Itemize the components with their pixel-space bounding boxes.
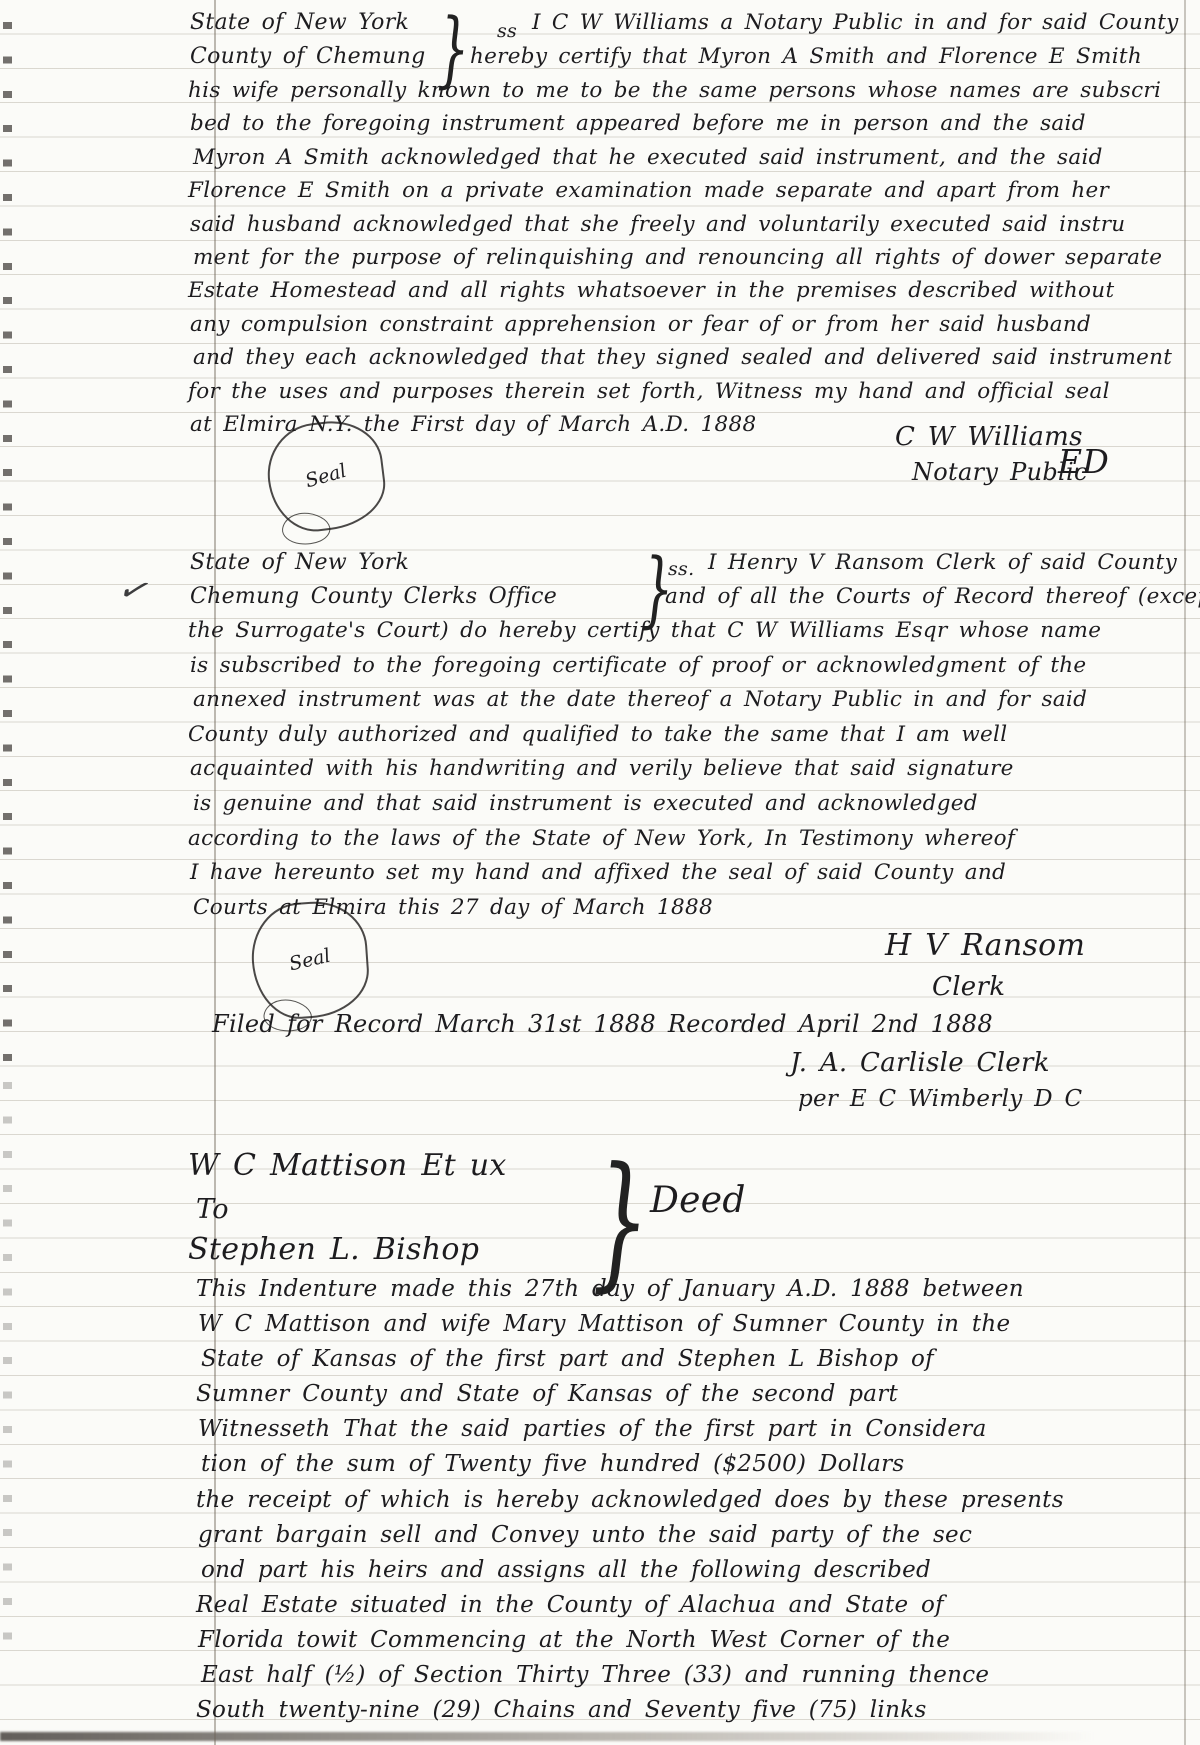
handwritten-line: ond part his heirs and assigns all the f… (201, 1557, 1064, 1592)
handwritten-line: East half (½) of Section Thirty Three (3… (201, 1662, 1064, 1697)
deed-grantee: Stephen L. Bishop (188, 1232, 479, 1267)
handwritten-line: South twenty-nine (29) Chains and Sevent… (196, 1697, 1064, 1732)
handwritten-line: County duly authorized and qualified to … (188, 722, 1101, 757)
handwritten-line: I have hereunto set my hand and affixed … (190, 860, 1101, 895)
clerk-signature: H V Ransom (885, 928, 1085, 963)
handwritten-line: Florida towit Commencing at the North We… (198, 1627, 1064, 1662)
handwritten-line: for the uses and purposes therein set fo… (188, 379, 1172, 412)
recording-clerk-signature: J. A. Carlisle Clerk (790, 1048, 1050, 1078)
scanned-deed-record-page: State of New York County of Chemung } ss… (0, 0, 1200, 1745)
handwritten-line: Sumner County and State of Kansas of the… (196, 1381, 1064, 1416)
handwritten-line: is subscribed to the foregoing certifica… (190, 653, 1101, 688)
handwritten-line: Florence E Smith on a private examinatio… (188, 178, 1172, 211)
clerk-venue-office: Chemung County Clerks Office (190, 584, 557, 609)
handwritten-line: W C Mattison and wife Mary Mattison of S… (198, 1311, 1064, 1346)
notary-venue-county: County of Chemung (190, 44, 425, 69)
handwritten-line: This Indenture made this 27th day of Jan… (196, 1276, 1064, 1311)
handwritten-line: his wife personally known to me to be th… (188, 78, 1172, 111)
clerk-seal-doodle: Seal (248, 898, 372, 1022)
handwritten-line: acquainted with his handwriting and veri… (190, 756, 1101, 791)
handwritten-line: bed to the foregoing instrument appeared… (190, 111, 1172, 144)
scan-bottom-edge (0, 1732, 1095, 1741)
handwritten-line: and they each acknowledged that they sig… (193, 345, 1172, 378)
seal-label: Seal (303, 460, 349, 493)
clerk-body: the Surrogate's Court) do hereby certify… (188, 618, 1101, 929)
clerk-signature-title: Clerk (932, 972, 1005, 1002)
handwritten-line: Witnesseth That the said parties of the … (198, 1416, 1064, 1451)
deed-grantor: W C Mattison Et ux (188, 1148, 507, 1183)
handwritten-line: tion of the sum of Twenty five hundred (… (201, 1451, 1064, 1486)
notary-venue-state: State of New York (190, 10, 409, 35)
notary-opening-line-1: I C W Williams a Notary Public in and fo… (532, 10, 1179, 35)
deed-body: This Indenture made this 27th day of Jan… (196, 1276, 1064, 1732)
deputy-clerk-signature: per E C Wimberly D C (798, 1086, 1082, 1112)
scan-edge-marks (3, 1082, 12, 1642)
clerk-ss-label: ss. (668, 558, 694, 580)
deed-doc-type: Deed (650, 1180, 746, 1221)
handwritten-line: Real Estate situated in the County of Al… (196, 1592, 1064, 1627)
notary-signature: C W Williams (895, 422, 1083, 452)
notary-opening-line-2: hereby certify that Myron A Smith and Fl… (470, 44, 1142, 69)
handwritten-line: Myron A Smith acknowledged that he execu… (193, 145, 1172, 178)
handwritten-line: Estate Homestead and all rights whatsoev… (188, 278, 1172, 311)
margin-check-mark: ✓ (114, 567, 152, 613)
handwritten-line: is genuine and that said instrument is e… (193, 791, 1101, 826)
monogram-flourish: ED (1058, 442, 1109, 481)
right-margin-rule (1184, 0, 1186, 1745)
deed-to-label: To (196, 1194, 229, 1225)
seal-label: Seal (287, 945, 333, 976)
notary-body: his wife personally known to me to be th… (188, 78, 1172, 445)
handwritten-line: according to the laws of the State of Ne… (188, 826, 1101, 861)
handwritten-line: said husband acknowledged that she freel… (190, 212, 1172, 245)
handwritten-line: the receipt of which is hereby acknowled… (196, 1487, 1064, 1522)
clerk-opening-line-1: I Henry V Ransom Clerk of said County (708, 550, 1177, 575)
scan-edge-marks (3, 22, 12, 1082)
clerk-opening-line-2: and of all the Courts of Record thereof … (665, 584, 1200, 609)
notary-ss-label: ss (497, 20, 517, 42)
handwritten-line: any compulsion constraint apprehension o… (190, 312, 1172, 345)
handwritten-line: grant bargain sell and Convey unto the s… (198, 1522, 1064, 1557)
handwritten-line: annexed instrument was at the date there… (193, 687, 1101, 722)
filing-record-line: Filed for Record March 31st 1888 Recorde… (212, 1010, 993, 1038)
clerk-venue-state: State of New York (190, 550, 409, 575)
handwritten-line: State of Kansas of the first part and St… (201, 1346, 1064, 1381)
handwritten-line: ment for the purpose of relinquishing an… (193, 245, 1172, 278)
handwritten-line: the Surrogate's Court) do hereby certify… (188, 618, 1101, 653)
